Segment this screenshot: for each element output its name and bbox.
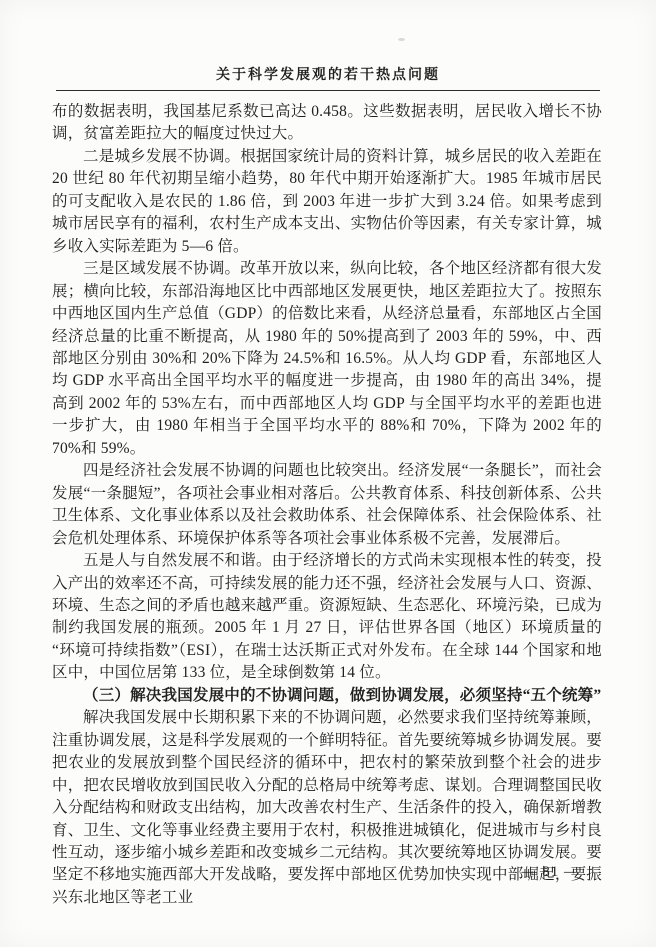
body-text: 布的数据表明，我国基尼系数已高达 0.458。这些数据表明，居民收入增长不协调，… (52, 101, 602, 909)
paragraph: 二是城乡发展不协调。根据国家统计局的资料计算，城乡居民的收入差距在 20 世纪 … (52, 146, 602, 258)
running-title: 关于科学发展观的若干热点问题 (56, 68, 600, 84)
page-header: 关于科学发展观的若干热点问题 (56, 68, 600, 99)
scan-artifact (398, 38, 405, 41)
document-page: 关于科学发展观的若干热点问题 布的数据表明，我国基尼系数已高达 0.458。这些… (0, 0, 656, 947)
paragraph: 三是区域发展不协调。改革开放以来，纵向比较，各个地区经济都有很大发展；横向比较，… (52, 258, 602, 460)
header-rule (56, 90, 600, 91)
paragraph: 解决我国发展中长期积累下来的不协调问题，必然要求我们坚持统筹兼顾，注重协调发展，… (52, 707, 602, 909)
paragraph: 布的数据表明，我国基尼系数已高达 0.458。这些数据表明，居民收入增长不协调，… (52, 101, 602, 146)
section-heading: （三）解决我国发展中的不协调问题，做到协调发展，必须坚持“五个统筹” (52, 685, 602, 707)
paragraph: 五是人与自然发展不和谐。由于经济增长的方式尚未实现根本性的转变，投入产出的效率还… (52, 550, 602, 685)
paragraph: 四是经济社会发展不协调的问题也比较突出。经济发展“一条腿长”，而社会发展“一条腿… (52, 460, 602, 550)
page-number: — 81 — (522, 864, 581, 880)
page-footer: — 81 — (522, 864, 581, 881)
